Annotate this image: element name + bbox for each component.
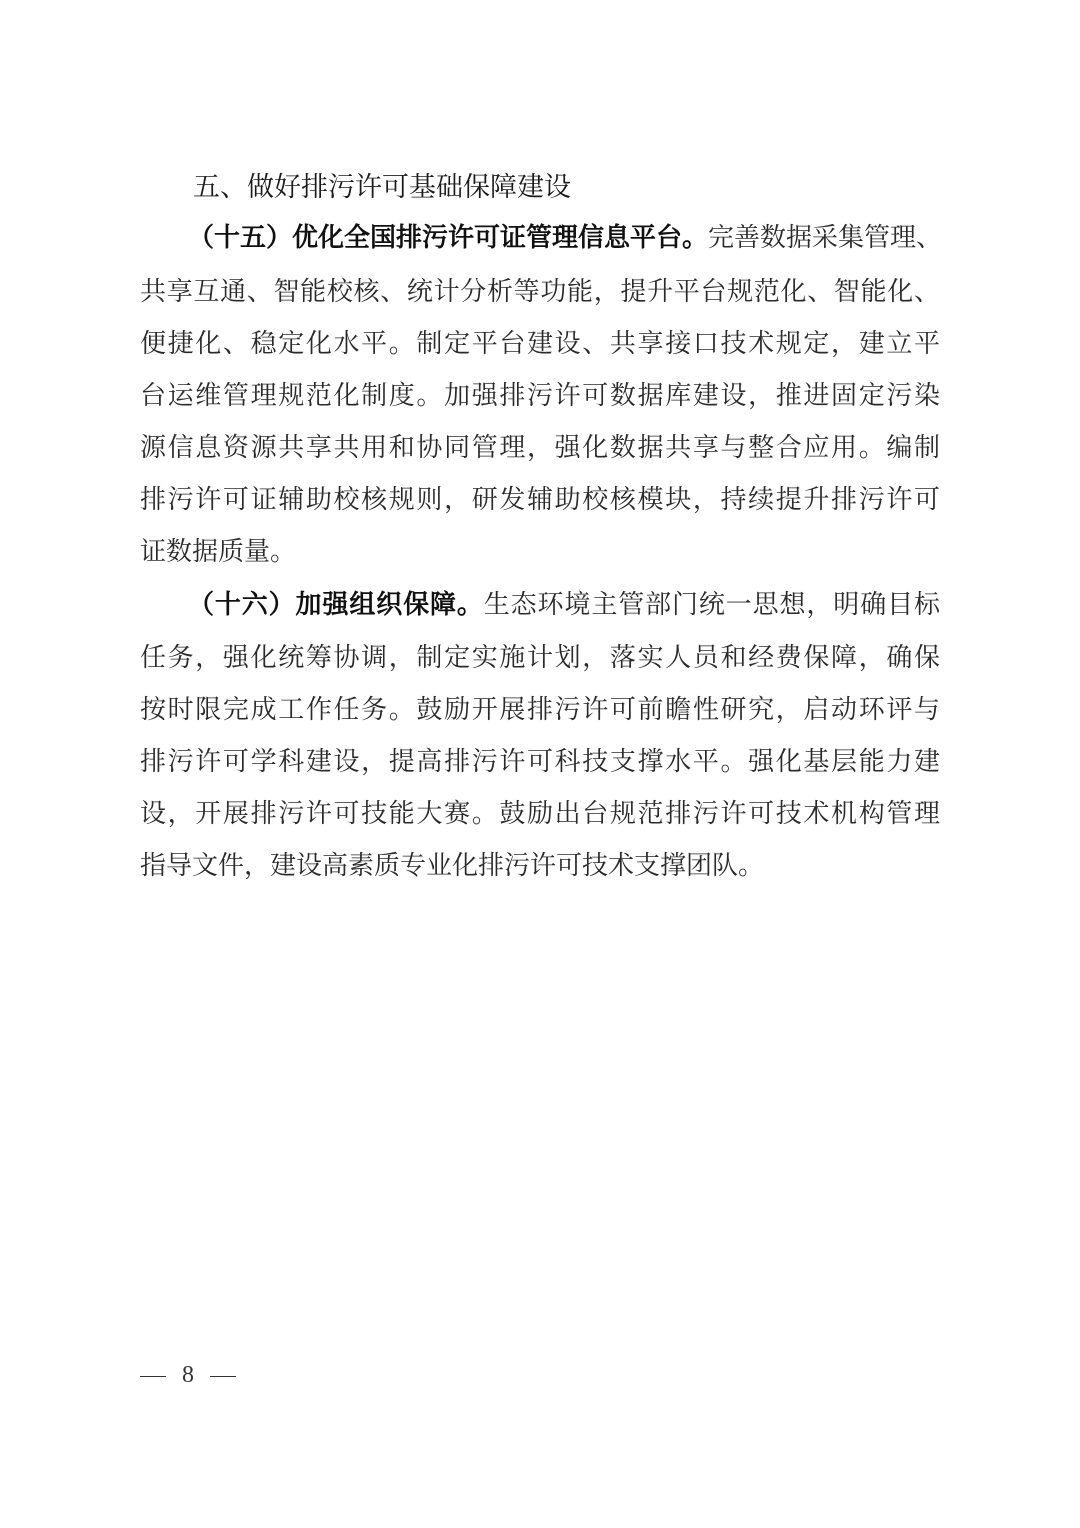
dash-decoration — [210, 1376, 236, 1377]
dash-decoration — [140, 1376, 166, 1377]
section-heading: 五、做好排污许可基础保障建设 — [193, 166, 571, 210]
paragraph-16-title: （十六）加强组织保障。 — [188, 590, 484, 620]
paragraph-15-line-7: 证数据质量。 — [140, 530, 940, 574]
paragraph-text: 完善数据采集管理、 — [708, 223, 942, 253]
paragraph-16-line-1: （十六）加强组织保障。生态环境主管部门统一思想，明确目标 — [188, 583, 940, 627]
paragraph-text: 生态环境主管部门统一思想，明确目标 — [484, 590, 940, 620]
paragraph-16-line-3: 按时限完成工作任务。鼓励开展排污许可前瞻性研究，启动环评与 — [140, 688, 940, 732]
paragraph-15-line-6: 排污许可证辅助校核规则，研发辅助校核模块，持续提升排污许可 — [140, 478, 940, 522]
paragraph-15-line-4: 台运维管理规范化制度。加强排污许可数据库建设，推进固定污染 — [140, 374, 940, 418]
page-number-footer: 8 — [140, 1360, 236, 1390]
paragraph-15-line-2: 共享互通、智能校核、统计分析等功能，提升平台规范化、智能化、 — [140, 270, 940, 314]
paragraph-16-line-4: 排污许可学科建设，提高排污许可科技支撑水平。强化基层能力建 — [140, 740, 940, 784]
paragraph-15-line-5: 源信息资源共享共用和协同管理，强化数据共享与整合应用。编制 — [140, 426, 940, 470]
paragraph-16-line-5: 设，开展排污许可技能大赛。鼓励出台规范排污许可技术机构管理 — [140, 792, 940, 836]
page-number: 8 — [182, 1362, 194, 1388]
document-page: 五、做好排污许可基础保障建设 （十五）优化全国排污许可证管理信息平台。完善数据采… — [0, 0, 1080, 1528]
paragraph-15-line-3: 便捷化、稳定化水平。制定平台建设、共享接口技术规定，建立平 — [140, 322, 940, 366]
paragraph-15-title: （十五）优化全国排污许可证管理信息平台。 — [188, 223, 708, 253]
paragraph-16-line-2: 任务，强化统筹协调，制定实施计划，落实人员和经费保障，确保 — [140, 636, 940, 680]
paragraph-15-line-1: （十五）优化全国排污许可证管理信息平台。完善数据采集管理、 — [188, 216, 940, 260]
paragraph-16-line-6: 指导文件，建设高素质专业化排污许可技术支撑团队。 — [140, 844, 940, 888]
